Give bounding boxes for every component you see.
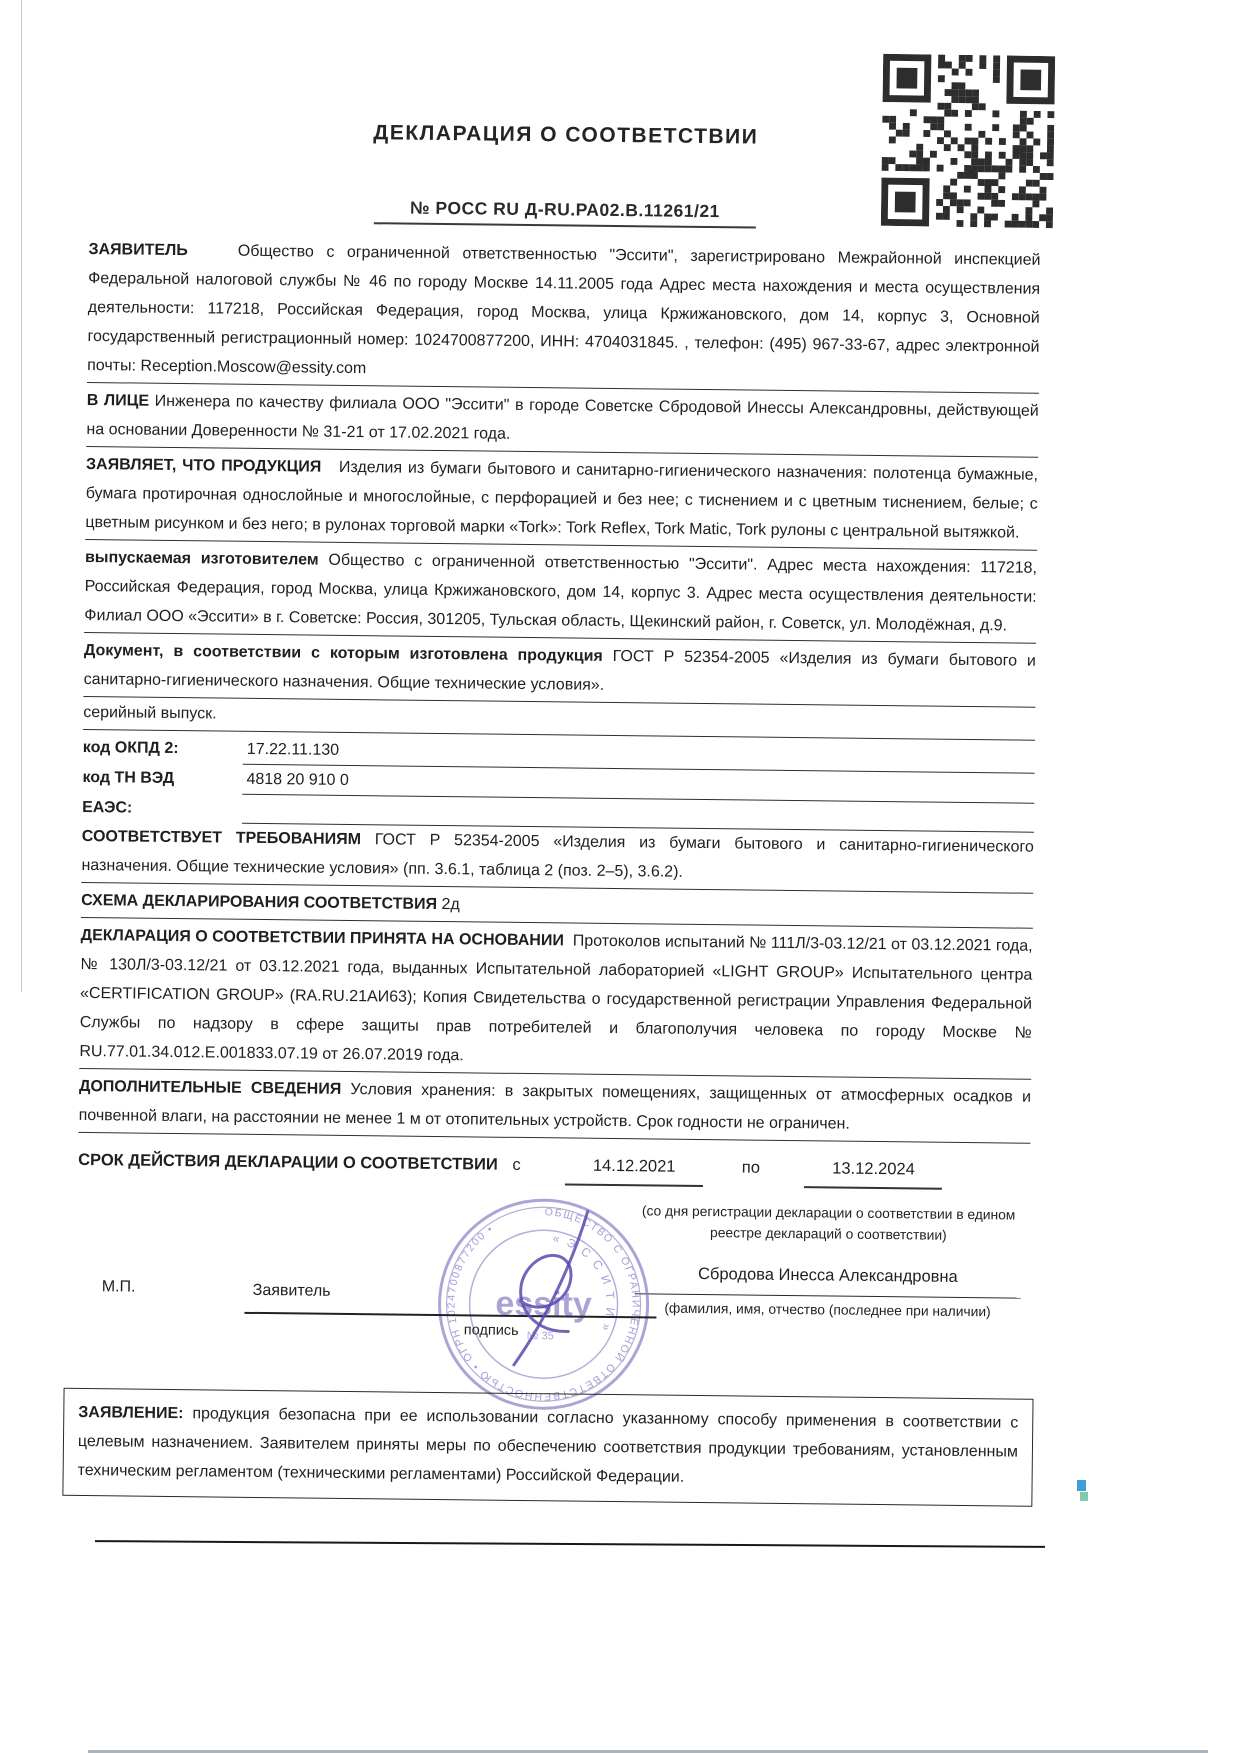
handwritten-signature <box>464 1182 636 1374</box>
safety-statement-box: ЗАЯВЛЕНИЕ: продукция безопасна при ее ис… <box>62 1388 1033 1507</box>
section-label: ЗАЯВЛЯЕТ, ЧТО ПРОДУКЦИЯ <box>86 456 321 476</box>
scan-color-mark-blue <box>1077 1480 1086 1491</box>
section-label: В ЛИЦЕ <box>87 392 149 410</box>
registration-column: (со дня регистрации декларации о соответ… <box>628 1200 1027 1320</box>
section-text: Протоколов испытаний № 111Л/3-03.12/21 о… <box>79 933 1032 1065</box>
section-adopted-on-basis: ДЕКЛАРАЦИЯ О СООТВЕТСТВИИ ПРИНЯТА НА ОСН… <box>79 921 1033 1080</box>
section-text: Общество с ограниченной ответственностью… <box>87 243 1040 377</box>
section-declares-product: ЗАЯВЛЯЕТ, ЧТО ПРОДУКЦИЯ Изделия из бумаг… <box>85 450 1038 551</box>
section-label: СООТВЕТСТВУЕТ ТРЕБОВАНИЯМ <box>82 828 361 848</box>
signatory-full-name: Сбродова Инесса Александровна <box>629 1264 1027 1288</box>
statement-text: продукция безопасна при ее использовании… <box>78 1405 1019 1486</box>
signature-area: М.П. Заявитель ОБЩЕСТВО С ОГРАНИЧЕННОЙ О… <box>76 1186 1030 1359</box>
declaration-document-page: ДЕКЛАРАЦИЯ О СООТВЕТСТВИИ № РОСС RU Д-RU… <box>0 0 1240 1753</box>
validity-from-date: 14.12.2021 <box>565 1156 703 1187</box>
section-label: ДОПОЛНИТЕЛЬНЫЕ СВЕДЕНИЯ <box>79 1078 341 1098</box>
declaration-number: № РОСС RU Д-RU.РА02.В.11261/21 <box>374 197 756 228</box>
section-manufacturing-document: Документ, в соответствии с которым изгот… <box>83 636 1036 741</box>
signature-caption: подпись <box>376 1321 606 1340</box>
section-in-person: В ЛИЦЕ Инженера по качеству филиала ООО … <box>86 386 1039 458</box>
scan-color-mark-green <box>1080 1492 1088 1501</box>
section-label: СХЕМА ДЕКЛАРИРОВАНИЯ СООТВЕТСТВИЯ <box>81 892 437 913</box>
full-name-line <box>635 1293 1021 1298</box>
document-content: ДЕКЛАРАЦИЯ О СООТВЕТСТВИИ № РОСС RU Д-RU… <box>74 118 1042 1507</box>
validity-from-word: с <box>512 1156 520 1174</box>
serial-production-note: серийный выпуск. <box>83 696 1035 738</box>
scan-bottom-line <box>95 1540 1045 1548</box>
tnved-code-label: код ТН ВЭД <box>82 763 242 795</box>
statement-label: ЗАЯВЛЕНИЕ: <box>78 1404 183 1422</box>
stamp-place-label: М.П. <box>102 1278 136 1296</box>
validity-to-date: 13.12.2024 <box>804 1159 942 1190</box>
section-label: Документ, в соответствии с которым изгот… <box>84 642 603 665</box>
codes-block: код ОКПД 2: 17.22.11.130 код ТН ВЭД 4818… <box>82 733 1035 833</box>
full-name-caption: (фамилия, имя, отчество (последнее при н… <box>628 1300 1026 1320</box>
section-text: 2д <box>441 896 459 913</box>
declaration-number-row: № РОСС RU Д-RU.РА02.В.11261/21 <box>89 194 1041 232</box>
okpd-code-label: код ОКПД 2: <box>83 733 243 765</box>
registry-note: (со дня регистрации декларации о соответ… <box>629 1200 1027 1247</box>
section-text: Инженера по качеству филиала ООО "Эссити… <box>86 393 1038 443</box>
section-additional-info: ДОПОЛНИТЕЛЬНЫЕ СВЕДЕНИЯ Условия хранения… <box>78 1072 1031 1144</box>
eaes-label: ЕАЭС: <box>82 793 242 824</box>
applicant-label: Заявитель <box>253 1282 331 1301</box>
section-label: выпускаемая изготовителем <box>85 549 319 569</box>
validity-label: СРОК ДЕЙСТВИЯ ДЕКЛАРАЦИИ О СООТВЕТСТВИИ <box>78 1151 498 1174</box>
section-manufacturer: выпускаемая изготовителем Общество с огр… <box>84 543 1037 644</box>
section-applicant: ЗАЯВИТЕЛЬ Общество с ограниченной ответс… <box>87 235 1041 394</box>
section-complies-with: СООТВЕТСТВУЕТ ТРЕБОВАНИЯМ ГОСТ Р 52354-2… <box>81 822 1034 894</box>
section-label: ЗАЯВИТЕЛЬ <box>88 241 187 259</box>
section-label: ДЕКЛАРАЦИЯ О СООТВЕТСТВИИ ПРИНЯТА НА ОСН… <box>81 927 564 949</box>
validity-to-word: по <box>742 1158 760 1176</box>
scan-edge-artifact <box>21 0 22 992</box>
